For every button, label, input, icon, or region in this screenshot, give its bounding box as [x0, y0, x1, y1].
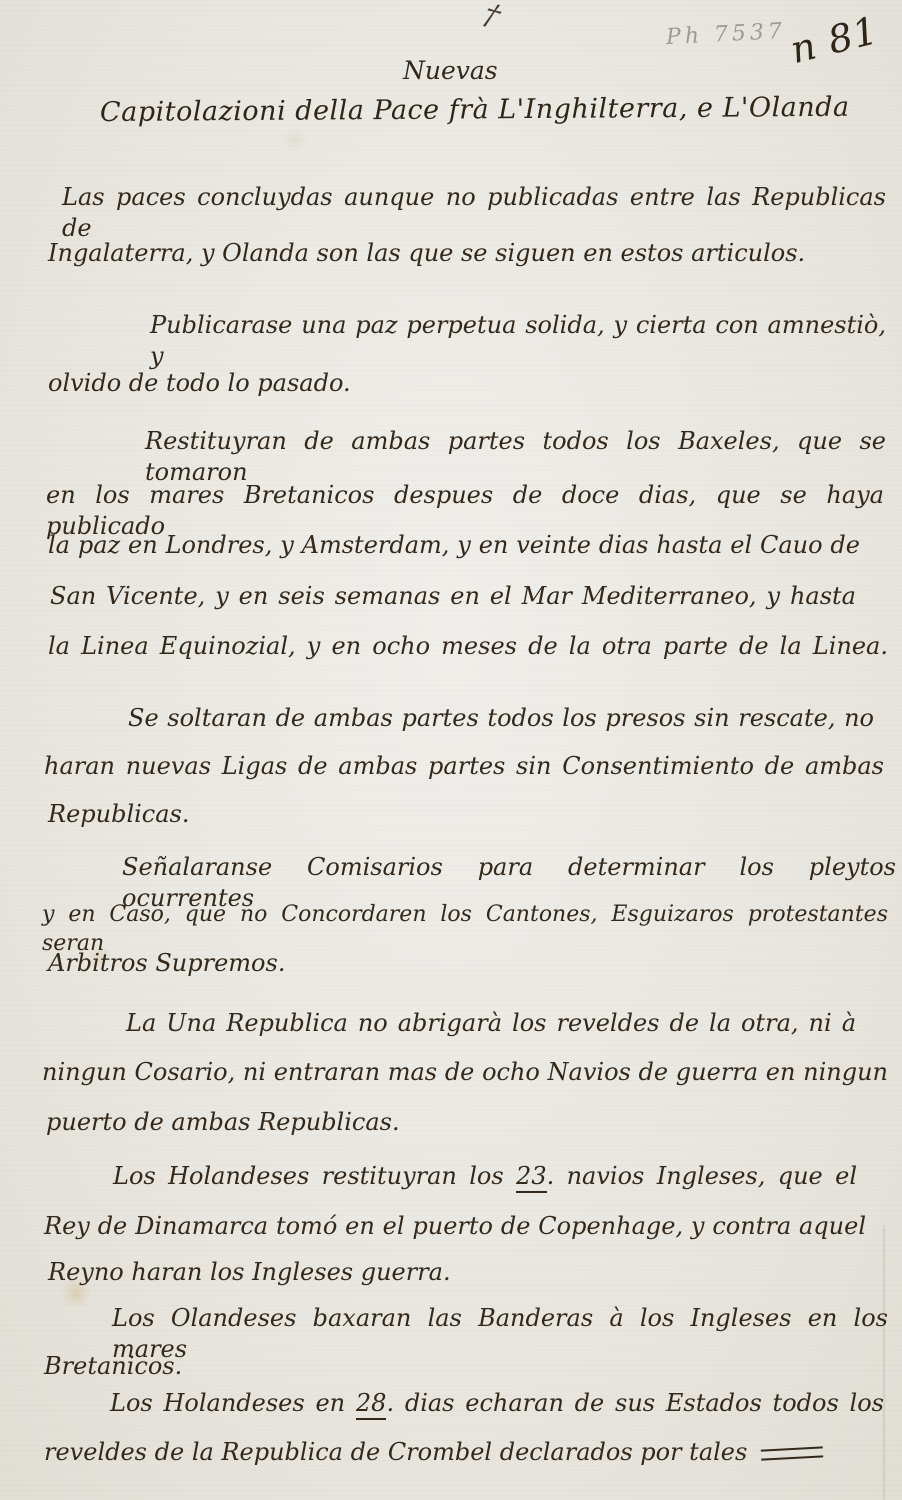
line-text: Reyno haran los Ingleses guerra. [48, 1258, 451, 1286]
underlined-number: 23 [516, 1162, 547, 1193]
line-text: la Linea Equinozial, y en ocho meses de … [48, 632, 888, 660]
line-text: Las paces concluydas aunque no publicada… [62, 183, 886, 242]
line-text: Arbitros Supremos. [48, 949, 285, 977]
manuscript-line: la Linea Equinozial, y en ocho meses de … [48, 631, 888, 662]
manuscript-line: Se soltaran de ambas partes todos los pr… [128, 703, 874, 734]
line-text: Se soltaran de ambas partes todos los pr… [128, 704, 874, 732]
line-text: . dias echaran de sus Estados todos los [386, 1389, 884, 1417]
folio-number: n 81 [786, 8, 883, 72]
manuscript-line: Reyno haran los Ingleses guerra. [48, 1257, 451, 1288]
manuscript-line: Los Holandeses restituyran los 23. navio… [113, 1161, 857, 1192]
manuscript-line: Ingalaterra, y Olanda son las que se sig… [48, 238, 805, 269]
line-text: La Una Republica no abrigarà los revelde… [126, 1009, 856, 1037]
manuscript-page: † Ph 7537 n 81 Nuevas Capitolazioni dell… [0, 0, 902, 1500]
line-text: puerto de ambas Republicas. [46, 1108, 400, 1136]
manuscript-line: Los Olandeses baxaran las Banderas à los… [112, 1303, 888, 1365]
page-heading: Nuevas [403, 56, 498, 85]
line-text: Rey de Dinamarca tomó en el puerto de Co… [44, 1212, 866, 1240]
manuscript-line: Publicarase una paz perpetua solida, y c… [150, 310, 886, 372]
line-text: San Vicente, y en seis semanas en el Mar… [50, 582, 856, 610]
line-text: Restituyran de ambas partes todos los Ba… [145, 427, 886, 486]
line-text: Republicas. [48, 800, 190, 828]
manuscript-line: Republicas. [48, 799, 190, 830]
line-text: Los Holandeses en [110, 1389, 356, 1417]
line-text: . navios Ingleses, que el [547, 1162, 857, 1190]
line-text: la paz en Londres, y Amsterdam, y en vei… [48, 531, 860, 559]
end-dash-mark [761, 1446, 823, 1460]
line-text: ningun Cosario, ni entraran mas de ocho … [42, 1058, 888, 1086]
manuscript-line: La Una Republica no abrigarà los revelde… [126, 1008, 856, 1039]
manuscript-line: haran nuevas Ligas de ambas partes sin C… [44, 751, 884, 782]
manuscript-line: reveldes de la Republica de Crombel decl… [44, 1437, 823, 1468]
underlined-number: 28 [356, 1389, 387, 1420]
manuscript-line: olvido de todo lo pasado. [48, 368, 351, 399]
line-text: Publicarase una paz perpetua solida, y c… [150, 311, 886, 370]
line-text: reveldes de la Republica de Crombel decl… [44, 1438, 747, 1466]
line-text: Bretanicos. [44, 1352, 182, 1380]
manuscript-line: la paz en Londres, y Amsterdam, y en vei… [48, 530, 860, 561]
cross-mark: † [477, 0, 506, 34]
manuscript-line: Los Holandeses en 28. dias echaran de su… [110, 1388, 884, 1419]
paper-stain [280, 128, 310, 152]
manuscript-line: Bretanicos. [44, 1351, 182, 1382]
line-text: olvido de todo lo pasado. [48, 369, 351, 397]
line-text: Los Olandeses baxaran las Banderas à los… [112, 1304, 888, 1363]
manuscript-line: Rey de Dinamarca tomó en el puerto de Co… [44, 1211, 866, 1242]
line-text: Ingalaterra, y Olanda son las que se sig… [48, 239, 805, 267]
document-title: Capitolazioni della Pace frà L'Inghilter… [100, 92, 840, 128]
line-text: haran nuevas Ligas de ambas partes sin C… [44, 752, 884, 780]
manuscript-line: Arbitros Supremos. [48, 948, 285, 979]
line-text: Los Holandeses restituyran los [113, 1162, 516, 1190]
manuscript-line: Las paces concluydas aunque no publicada… [62, 182, 886, 244]
manuscript-line: San Vicente, y en seis semanas en el Mar… [50, 581, 856, 612]
manuscript-line: puerto de ambas Republicas. [46, 1107, 400, 1138]
manuscript-line: ningun Cosario, ni entraran mas de ocho … [42, 1057, 888, 1088]
pencil-catalog-number: Ph 7537 [665, 19, 786, 50]
